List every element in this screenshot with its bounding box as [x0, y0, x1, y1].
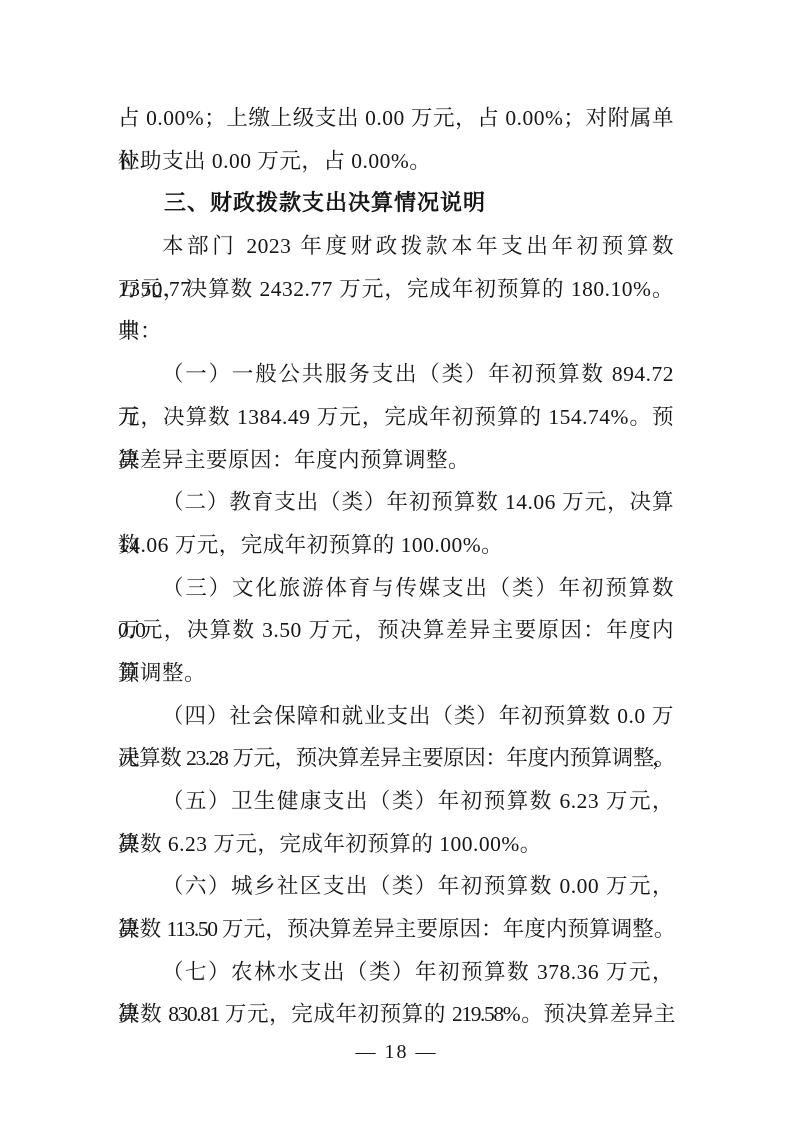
text-line: 算调整。	[118, 652, 674, 695]
text-line: 算数 830.81 万元，完成年初预算的 219.58%。预决算差异主	[118, 993, 674, 1036]
text-line: 决算数 23.28 万元，预决算差异主要原因：年度内预算调整。	[118, 737, 674, 780]
text-line: 元，决算数 1384.49 万元，完成年初预算的 154.74%。预决	[118, 396, 674, 439]
text-line: 万元，决算数 2432.77 万元，完成年初预算的 180.10%。其	[118, 268, 674, 311]
text-line: （七）农林水支出（类）年初预算数 378.36 万元，决	[118, 951, 674, 994]
text-line: 算数 6.23 万元，完成年初预算的 100.00%。	[118, 823, 674, 866]
page-number: — 18 —	[0, 1037, 793, 1067]
text-line: （五）卫生健康支出（类）年初预算数 6.23 万元，决	[118, 780, 674, 823]
text-line: （一）一般公共服务支出（类）年初预算数 894.72 万	[118, 353, 674, 396]
text-line: （四）社会保障和就业支出（类）年初预算数 0.0 万元，	[118, 695, 674, 738]
text-line: 14.06 万元，完成年初预算的 100.00%。	[118, 524, 674, 567]
text-line: 占 0.00%；上缴上级支出 0.00 万元，占 0.00%；对附属单位	[118, 97, 674, 140]
text-line: 本部门 2023 年度财政拨款本年支出年初预算数 1350.77	[118, 225, 674, 268]
section-heading: 三、财政拨款支出决算情况说明	[118, 182, 674, 225]
text-line: （二）教育支出（类）年初预算数 14.06 万元，决算数	[118, 481, 674, 524]
document-page: 占 0.00%；上缴上级支出 0.00 万元，占 0.00%；对附属单位 补助支…	[0, 0, 793, 1122]
text-line: （三）文化旅游体育与传媒支出（类）年初预算数 0.0	[118, 567, 674, 610]
text-line: （六）城乡社区支出（类）年初预算数 0.00 万元，决	[118, 865, 674, 908]
text-line: 补助支出 0.00 万元，占 0.00%。	[118, 140, 674, 183]
text-line: 中：	[118, 310, 674, 353]
text-line: 算数 113.50 万元，预决算差异主要原因：年度内预算调整。	[118, 908, 674, 951]
text-line: 算差异主要原因：年度内预算调整。	[118, 439, 674, 482]
text-block: 占 0.00%；上缴上级支出 0.00 万元，占 0.00%；对附属单位 补助支…	[118, 97, 674, 1036]
text-line: 万元，决算数 3.50 万元，预决算差异主要原因：年度内预	[118, 609, 674, 652]
